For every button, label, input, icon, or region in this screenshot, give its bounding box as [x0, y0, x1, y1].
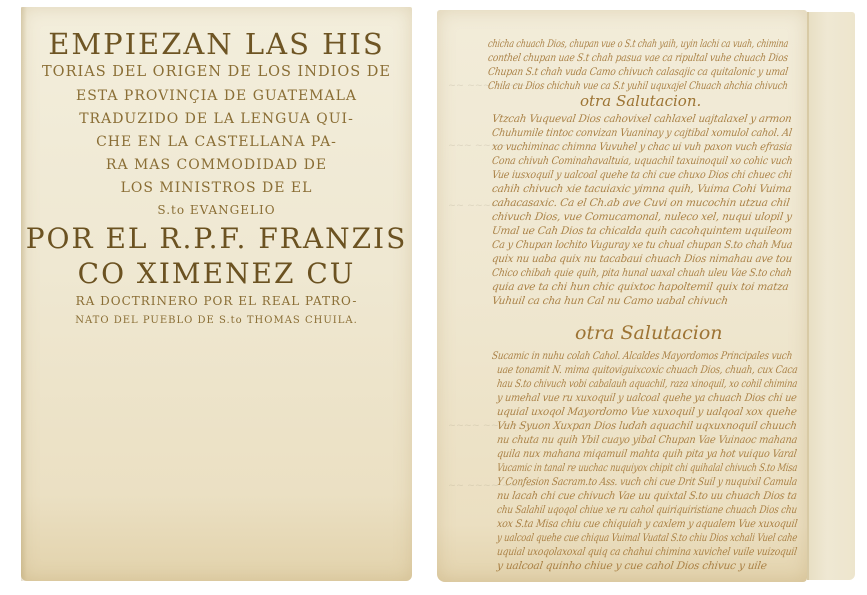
handwritten-line: Ca y Chupan lochito Vuguray xe tu chual …: [491, 239, 793, 251]
footer-line: RA DOCTRINERO POR EL REAL PATRO-: [21, 295, 412, 307]
title-line: RA MAS COMMODIDAD DE: [21, 158, 412, 172]
title-line: LOS MINISTROS DE EL: [21, 181, 412, 195]
handwritten-line: uae tonamit N. mima quitoviguixcoxic chu…: [496, 364, 798, 376]
handwritten-line: Vuhuil ca cha hun Cal nu Camo uabal chiv…: [491, 295, 728, 307]
handwritten-line: nu chuta nu quih Ybil cuayo yibal Chupan…: [496, 434, 798, 446]
handwritten-line: Chila cu Dios chichuh vue ca S.t yuhil u…: [487, 80, 788, 92]
handwritten-line: xox S.ta Misa chiu cue chiquiah y caxlem…: [496, 518, 798, 530]
handwritten-line: quia ave ta chi hun chic quixtoc hapolte…: [491, 281, 789, 293]
handwritten-line: Sucamic in nuhu colah Cahol. Alcaldes Ma…: [491, 350, 793, 362]
handwritten-line: Vucamic in tanal re uuchac nuquiyox chip…: [496, 462, 798, 474]
handwritten-line: y umehal vue ru xuxoquil y ualcoal quehe…: [496, 392, 797, 404]
handwritten-line: xo vuchiminac chimna Vuvuhel y chac ui v…: [491, 141, 793, 153]
handwritten-line: Y Confesion Sacram.to Ass. vuch chi cue …: [496, 476, 798, 488]
title-line: S.to EVANGELIO: [21, 204, 412, 216]
title-line: ESTA PROVINÇIA DE GUATEMALA: [21, 89, 412, 103]
handwritten-line: chu Salahil uqoqol chiue xe ru cahol qui…: [496, 504, 798, 516]
handwritten-line: hau S.to chivuch vobi cabalauh aquachil,…: [496, 378, 798, 390]
handwritten-line: Vtzcah Vuqueval Dios cahovixel cahlaxel …: [491, 113, 792, 125]
handwritten-line: quila nux mahana miqamuil mahta quih pit…: [496, 448, 797, 460]
handwritten-line: cahih chivuch xie tacuiaxic yimna quih, …: [491, 183, 792, 195]
right-page-fold-strip: [807, 12, 855, 580]
handwritten-line: cahacasaxic. Ca el Ch.ab ave Cuvi on muc…: [491, 197, 790, 209]
footer-line: NATO DEL PUEBLO DE S.to THOMAS CHUILA.: [21, 316, 412, 326]
handwritten-line: chivuch Dios, vue Comucamonal, nuleco xe…: [491, 211, 792, 223]
title-line: TRADUZIDO DE LA LENGUA QUI-: [21, 112, 412, 126]
title-line: EMPIEZAN LAS HIS: [21, 30, 412, 59]
handwritten-line: Chupan S.t chah vuda Camo chivuch calasa…: [487, 66, 789, 78]
author-line: CO XIMENEZ CU: [21, 260, 412, 288]
handwritten-line: Vue iusxoquil y ualcoal quehe ta chi cue…: [491, 169, 792, 181]
handwritten-line: Vuh Syuon Xuxpan Dios ludah aquachil uqx…: [496, 420, 797, 432]
handwritten-line: Cona chivuh Cominahavaltuia, uquachil ta…: [491, 155, 793, 167]
section-heading: otra Salutacion.: [580, 92, 701, 110]
handwritten-line: quix nu uaba quix nu tacabaui chuach Dio…: [491, 253, 793, 265]
handwritten-line: uquial uxoqolaxoxal quiq ca chahui chimi…: [496, 546, 797, 558]
handwritten-line: chicha chuach Dios, chupan vue o S.t cha…: [487, 38, 789, 50]
handwritten-line: uquial uxoqol Mayordomo Vue xuxoquil y u…: [496, 406, 797, 418]
handwritten-line: y ualcoal quinho chiue y cue cahol Dios …: [496, 560, 767, 572]
handwritten-line: conthel chupan uae S.t chah pasua vae ca…: [487, 52, 789, 64]
author-line: POR EL R.P.F. FRANZIS: [21, 225, 412, 253]
title-line: CHE EN LA CASTELLANA PA-: [21, 135, 412, 149]
handwritten-line: Chuhumile tintoc convizan Vuaninay y caj…: [491, 127, 793, 139]
handwritten-line: y ualcoal quehe cue chiqua Vuimal Vuatal…: [496, 532, 798, 544]
handwritten-line: Umal ue Cah Dios ta chicalda quih cacohq…: [491, 225, 793, 237]
handwritten-line: Chico chibah quie quih, pita hunal uaxal…: [491, 267, 792, 279]
title-block: EMPIEZAN LAS HIS TORIAS DEL ORIGEN DE LO…: [21, 30, 412, 326]
handwritten-line: nu lacah chi cue chivuch Vae uu quixtal …: [496, 490, 797, 502]
section-heading: otra Salutacion: [575, 322, 723, 344]
title-line: TORIAS DEL ORIGEN DE LOS INDIOS DE: [21, 65, 412, 80]
